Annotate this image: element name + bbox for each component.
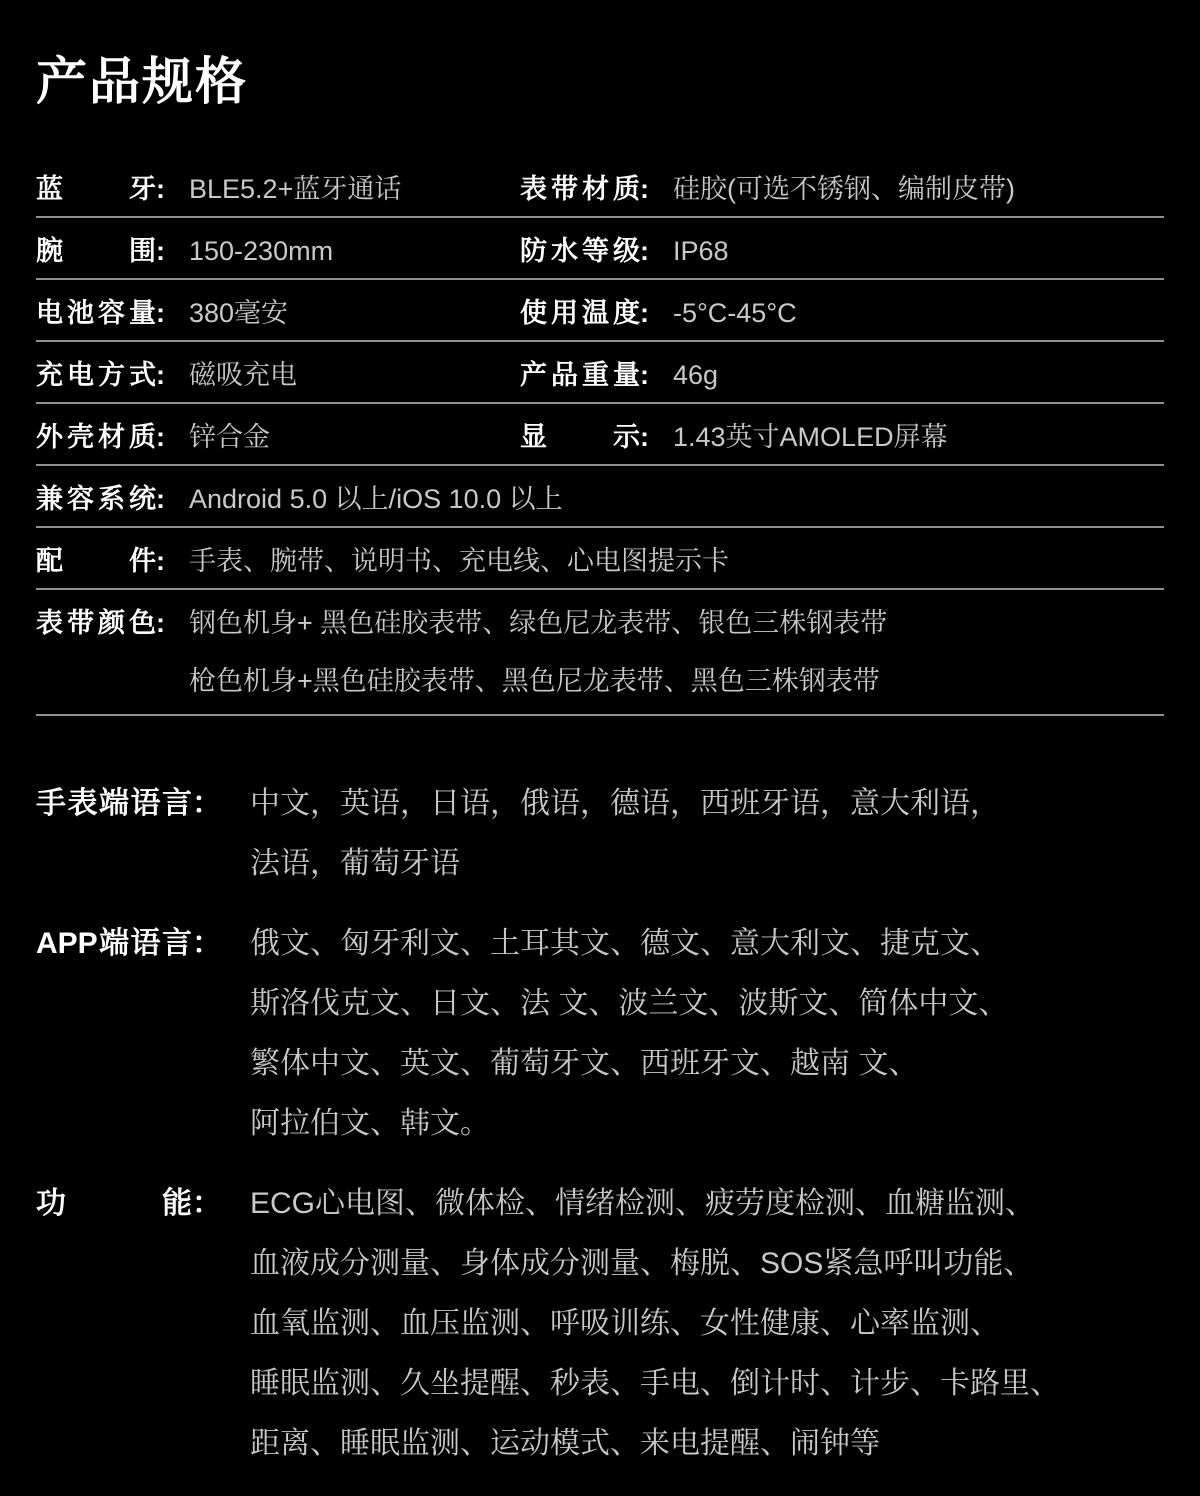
watch-language-label-text: 手表端语言 (36, 774, 192, 834)
spec-cell-bluetooth: 蓝牙: BLE5.2+蓝牙通话 (36, 167, 520, 206)
spec-label-accessories: 配件 (36, 539, 156, 578)
spec-row-battery-temperature: 电池容量: 380毫安 使用温度: -5°C-45°C (36, 280, 1164, 342)
colon: : (640, 422, 649, 453)
colon: : (640, 360, 649, 391)
spec-cell-display: 显示: 1.43英寸AMOLED屏幕 (520, 415, 1164, 454)
watch-language-value: 中文，英语，日语，俄语，德语，西班牙语，意大利语， 法语，葡萄牙语 (250, 774, 1164, 894)
fullwidth-colon: ： (192, 927, 222, 960)
spec-cell-compatibility: 兼容系统: Android 5.0 以上/iOS 10.0 以上 (36, 477, 563, 516)
spec-value-compatibility: Android 5.0 以上/iOS 10.0 以上 (189, 477, 563, 516)
spec-value-weight: 46g (673, 360, 718, 391)
section-app-language: APP端语言： 俄文、匈牙利文、土耳其文、德文、意大利文、捷克文、 斯洛伐克文、… (36, 914, 1164, 1154)
spec-cell-charging: 充电方式: 磁吸充电 (36, 353, 520, 392)
spec-label-temperature: 使用温度 (520, 291, 640, 330)
watch-language-line-1: 中文，英语，日语，俄语，德语，西班牙语，意大利语， (250, 774, 1164, 834)
watch-language-line-2: 法语，葡萄牙语 (250, 834, 1164, 894)
app-language-label: APP端语言： (36, 914, 250, 974)
functions-label: 功能： (36, 1174, 250, 1234)
spec-row-accessories: 配件: 手表、腕带、说明书、充电线、心电图提示卡 (36, 528, 1164, 590)
spec-cell-wrist-size: 腕围: 150-230mm (36, 229, 520, 268)
spec-value-wrist-size: 150-230mm (189, 236, 333, 267)
app-language-value: 俄文、匈牙利文、土耳其文、德文、意大利文、捷克文、 斯洛伐克文、日文、法 文、波… (250, 914, 1164, 1154)
spec-cell-weight: 产品重量: 46g (520, 353, 1164, 392)
spec-label-strap-colors: 表带颜色 (36, 594, 156, 652)
spec-label-charging: 充电方式 (36, 353, 156, 392)
colon: : (156, 484, 165, 515)
colon: : (640, 236, 649, 267)
functions-line-3: 血氧监测、血压监测、呼吸训练、女性健康、心率监测、 (250, 1294, 1164, 1354)
strap-colors-line-1: 钢色机身+ 黑色硅胶表带、绿色尼龙表带、银色三株钢表带 (189, 594, 887, 652)
functions-line-5: 距离、睡眠监测、运动模式、来电提醒、闹钟等 (250, 1414, 1164, 1474)
spec-value-display: 1.43英寸AMOLED屏幕 (673, 415, 948, 454)
app-language-line-1: 俄文、匈牙利文、土耳其文、德文、意大利文、捷克文、 (250, 914, 1164, 974)
spec-row-case-display: 外壳材质: 锌合金 显示: 1.43英寸AMOLED屏幕 (36, 404, 1164, 466)
functions-label-text: 功能 (36, 1174, 192, 1234)
spec-value-case-material: 锌合金 (189, 415, 270, 454)
spec-label-weight: 产品重量 (520, 353, 640, 392)
spec-label-bluetooth: 蓝牙 (36, 167, 156, 206)
spec-value-temperature: -5°C-45°C (673, 298, 797, 329)
fullwidth-colon: ： (192, 787, 222, 820)
spec-value-strap-colors: 钢色机身+ 黑色硅胶表带、绿色尼龙表带、银色三株钢表带 枪色机身+黑色硅胶表带、… (189, 590, 887, 714)
spec-cell-temperature: 使用温度: -5°C-45°C (520, 291, 1164, 330)
section-functions: 功能： ECG心电图、微体检、情绪检测、疲劳度检测、血糖监测、 血液成分测量、身… (36, 1174, 1164, 1474)
spec-label-case-material: 外壳材质 (36, 415, 156, 454)
spec-label-display: 显示 (520, 415, 640, 454)
functions-value: ECG心电图、微体检、情绪检测、疲劳度检测、血糖监测、 血液成分测量、身体成分测… (250, 1174, 1164, 1474)
spec-value-accessories: 手表、腕带、说明书、充电线、心电图提示卡 (189, 539, 729, 578)
colon: : (156, 360, 165, 391)
functions-line-4: 睡眠监测、久坐提醒、秒表、手电、倒计时、计步、卡路里、 (250, 1354, 1164, 1414)
spec-sheet: 产品规格 蓝牙: BLE5.2+蓝牙通话 表带材质: 硅胶(可选不锈钢、编制皮带… (0, 0, 1200, 1474)
spec-row-wrist-waterproof: 腕围: 150-230mm 防水等级: IP68 (36, 218, 1164, 280)
app-language-line-2: 斯洛伐克文、日文、法 文、波兰文、波斯文、简体中文、 (250, 974, 1164, 1034)
spec-cell-strap-material: 表带材质: 硅胶(可选不锈钢、编制皮带) (520, 167, 1164, 206)
page-title: 产品规格 (36, 0, 1164, 114)
spec-value-bluetooth: BLE5.2+蓝牙通话 (189, 167, 401, 206)
spec-table: 蓝牙: BLE5.2+蓝牙通话 表带材质: 硅胶(可选不锈钢、编制皮带) 腕围:… (36, 156, 1164, 716)
spec-row-bluetooth-strap-material: 蓝牙: BLE5.2+蓝牙通话 表带材质: 硅胶(可选不锈钢、编制皮带) (36, 156, 1164, 218)
spec-value-battery: 380毫安 (189, 291, 288, 330)
colon: : (156, 174, 165, 205)
spec-value-waterproof: IP68 (673, 236, 729, 267)
spec-row-strap-colors: 表带颜色: 钢色机身+ 黑色硅胶表带、绿色尼龙表带、银色三株钢表带 枪色机身+黑… (36, 590, 1164, 716)
spec-label-compatibility: 兼容系统 (36, 477, 156, 516)
colon: : (156, 422, 165, 453)
spec-row-compatibility: 兼容系统: Android 5.0 以上/iOS 10.0 以上 (36, 466, 1164, 528)
app-language-line-4: 阿拉伯文、韩文。 (250, 1094, 1164, 1154)
app-language-label-text: APP端语言 (36, 914, 192, 974)
spec-label-strap-material: 表带材质 (520, 167, 640, 206)
spec-cell-case-material: 外壳材质: 锌合金 (36, 415, 520, 454)
colon: : (156, 298, 165, 329)
fullwidth-colon: ： (192, 1187, 222, 1220)
functions-line-1: ECG心电图、微体检、情绪检测、疲劳度检测、血糖监测、 (250, 1174, 1164, 1234)
spec-cell-waterproof: 防水等级: IP68 (520, 229, 1164, 268)
functions-line-2: 血液成分测量、身体成分测量、梅脱、SOS紧急呼叫功能、 (250, 1234, 1164, 1294)
colon: : (640, 174, 649, 205)
spec-label-waterproof: 防水等级 (520, 229, 640, 268)
spec-row-charging-weight: 充电方式: 磁吸充电 产品重量: 46g (36, 342, 1164, 404)
spec-label-wrist-size: 腕围 (36, 229, 156, 268)
colon: : (640, 298, 649, 329)
spec-value-charging: 磁吸充电 (189, 353, 297, 392)
section-watch-language: 手表端语言： 中文，英语，日语，俄语，德语，西班牙语，意大利语， 法语，葡萄牙语 (36, 774, 1164, 894)
colon: : (156, 546, 165, 577)
spec-value-strap-material: 硅胶(可选不锈钢、编制皮带) (673, 167, 1015, 206)
watch-language-label: 手表端语言： (36, 774, 250, 834)
colon: : (156, 236, 165, 267)
spec-cell-battery: 电池容量: 380毫安 (36, 291, 520, 330)
colon: : (156, 594, 165, 652)
spec-cell-strap-colors-label: 表带颜色: (36, 590, 165, 652)
spec-label-battery: 电池容量 (36, 291, 156, 330)
app-language-line-3: 繁体中文、英文、葡萄牙文、西班牙文、越南 文、 (250, 1034, 1164, 1094)
spec-cell-accessories: 配件: 手表、腕带、说明书、充电线、心电图提示卡 (36, 539, 729, 578)
strap-colors-line-2: 枪色机身+黑色硅胶表带、黑色尼龙表带、黑色三株钢表带 (189, 652, 887, 710)
